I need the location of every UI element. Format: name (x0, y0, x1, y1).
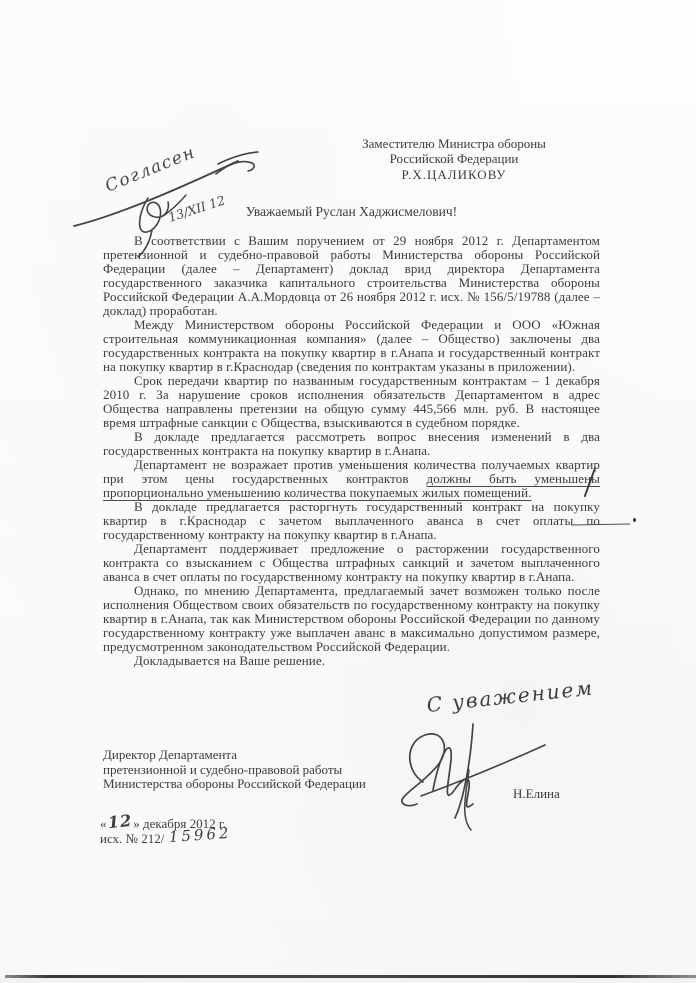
body-paragraph: В докладе предлагается рассмотреть вопро… (103, 430, 600, 458)
body-paragraph: Департамент не возражает против уменьшен… (103, 458, 600, 500)
scan-edge-area (0, 978, 696, 983)
body-paragraph: Департамент поддерживает предложение о р… (103, 542, 600, 584)
paragraph-text: Срок передачи квартир по названным госуд… (103, 373, 600, 430)
paragraph-text: Докладывается на Ваше решение. (134, 653, 325, 668)
body-paragraph: В докладе предлагается расторгнуть госуд… (103, 500, 600, 542)
recipient-line: Заместителю Министра обороны (352, 137, 556, 152)
signer-title-line: Министерства обороны Российской Федераци… (103, 777, 423, 792)
scanned-letter-page: Согласен 13/XII 12 Заместителю Министра … (0, 0, 696, 983)
body-paragraph: Докладывается на Ваше решение. (103, 654, 600, 668)
approval-word: Согласен (102, 142, 198, 196)
salutation: Уважаемый Руслан Хаджисмелович! (103, 204, 600, 220)
paragraph-text: В докладе предлагается рассмотреть вопро… (103, 429, 600, 458)
recipient-name: Р.Х.ЦАЛИКОВУ (352, 168, 556, 183)
paragraph-text: Однако, по мнению Департамента, предлага… (103, 583, 600, 654)
margin-dot-mark (633, 518, 636, 522)
paragraph-text: Департамент поддерживает предложение о р… (103, 541, 600, 584)
paragraph-text: Между Министерством обороны Российской Ф… (103, 317, 600, 374)
recipient-block: Заместителю Министра обороны Российской … (352, 137, 556, 183)
signer-title-line: Директор Департамента (103, 748, 423, 763)
body-paragraph: Срок передачи квартир по названным госуд… (103, 374, 600, 430)
body-paragraph: Однако, по мнению Департамента, предлага… (103, 584, 600, 654)
handwritten-underline-tail (571, 523, 630, 525)
outgoing-number-line: исх. № 212/ 15962 (100, 829, 231, 847)
recipient-line: Российской Федерации (352, 152, 556, 167)
outgoing-prefix: исх. № 212/ (100, 831, 164, 846)
handwritten-regards: С уважением (425, 676, 594, 717)
body-paragraph: Между Министерством обороны Российской Ф… (103, 318, 600, 374)
body-paragraph: В соответствии с Вашим поручением от 29 … (103, 234, 600, 318)
body-text: В соответствии с Вашим поручением от 29 … (103, 234, 600, 668)
handwritten-outgoing-number: 15962 (168, 824, 232, 846)
paragraph-text: В докладе предлагается расторгнуть госуд… (103, 499, 600, 542)
signer-title-block: Директор Департаментапретензионной и суд… (103, 748, 423, 792)
signer-name: Н.Елина (513, 786, 560, 802)
paragraph-text: В соответствии с Вашим поручением от 29 … (103, 233, 600, 318)
signer-title-line: претензионной и судебно-правовой работы (103, 763, 423, 778)
